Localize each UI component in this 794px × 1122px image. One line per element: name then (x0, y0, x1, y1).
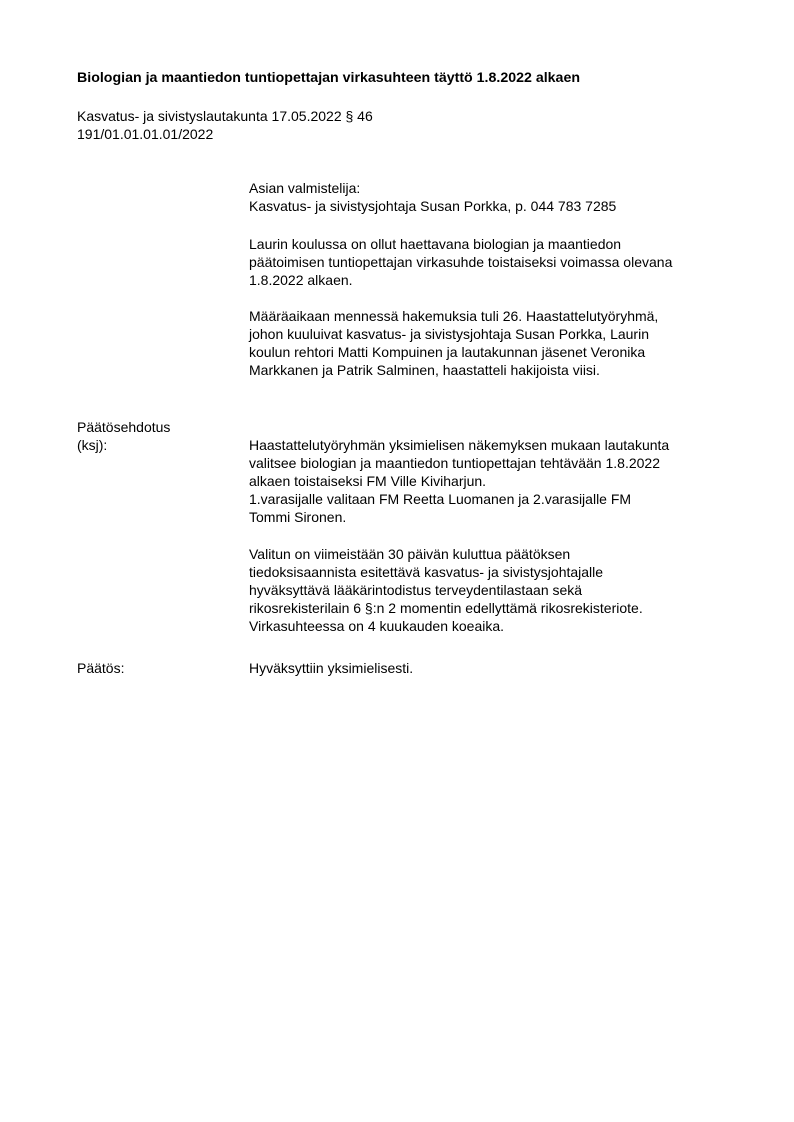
paragraph-line: päätoimisen tuntiopettajan virkasuhde to… (249, 253, 769, 271)
paragraph-line: Tommi Sironen. (249, 508, 769, 526)
paragraph-line: johon kuuluivat kasvatus- ja sivistysjoh… (249, 325, 769, 343)
interview-paragraph: Määräaikaan mennessä hakemuksia tuli 26.… (249, 307, 769, 379)
meeting-info: Kasvatus- ja sivistyslautakunta 17.05.20… (77, 107, 373, 125)
paragraph-line: hyväksyttävä lääkärintodistus terveydent… (249, 581, 769, 599)
preparer-block: Asian valmistelija: Kasvatus- ja sivisty… (249, 179, 769, 215)
paragraph-line: 1.varasijalle valitaan FM Reetta Luomane… (249, 490, 769, 508)
proposal-text: Haastattelutyöryhmän yksimielisen näkemy… (249, 436, 769, 526)
meeting-reference: Kasvatus- ja sivistyslautakunta 17.05.20… (77, 107, 373, 143)
paragraph-line: valitsee biologian ja maantiedon tuntiop… (249, 454, 769, 472)
paragraph-line: Markkanen ja Patrik Salminen, haastattel… (249, 361, 769, 379)
paragraph-line: tiedoksisaannista esitettävä kasvatus- j… (249, 563, 769, 581)
decision-label: Päätös: (77, 659, 124, 677)
paragraph-line: 1.8.2022 alkaen. (249, 271, 769, 289)
paragraph-line: Haastattelutyöryhmän yksimielisen näkemy… (249, 436, 769, 454)
document-title: Biologian ja maantiedon tuntiopettajan v… (77, 69, 580, 87)
background-paragraph: Laurin koulussa on ollut haettavana biol… (249, 235, 769, 289)
paragraph-line: Valitun on viimeistään 30 päivän kuluttu… (249, 545, 769, 563)
proposal-label: Päätösehdotus (ksj): (77, 418, 170, 454)
paragraph-line: koulun rehtori Matti Kompuinen ja lautak… (249, 343, 769, 361)
paragraph-line: Virkasuhteessa on 4 kuukauden koeaika. (249, 617, 769, 635)
conditions-paragraph: Valitun on viimeistään 30 päivän kuluttu… (249, 545, 769, 635)
proposal-label-line: (ksj): (77, 436, 170, 454)
preparer-label: Asian valmistelija: (249, 179, 769, 197)
proposal-label-line: Päätösehdotus (77, 418, 170, 436)
paragraph-line: alkaen toistaiseksi FM Ville Kiviharjun. (249, 472, 769, 490)
case-number: 191/01.01.01.01/2022 (77, 125, 373, 143)
paragraph-line: rikosrekisterilain 6 §:n 2 momentin edel… (249, 599, 769, 617)
paragraph-line: Määräaikaan mennessä hakemuksia tuli 26.… (249, 307, 769, 325)
decision-line: Hyväksyttiin yksimielisesti. (249, 659, 769, 677)
decision-text: Hyväksyttiin yksimielisesti. (249, 659, 769, 677)
paragraph-line: Laurin koulussa on ollut haettavana biol… (249, 235, 769, 253)
preparer-name: Kasvatus- ja sivistysjohtaja Susan Porkk… (249, 197, 769, 215)
